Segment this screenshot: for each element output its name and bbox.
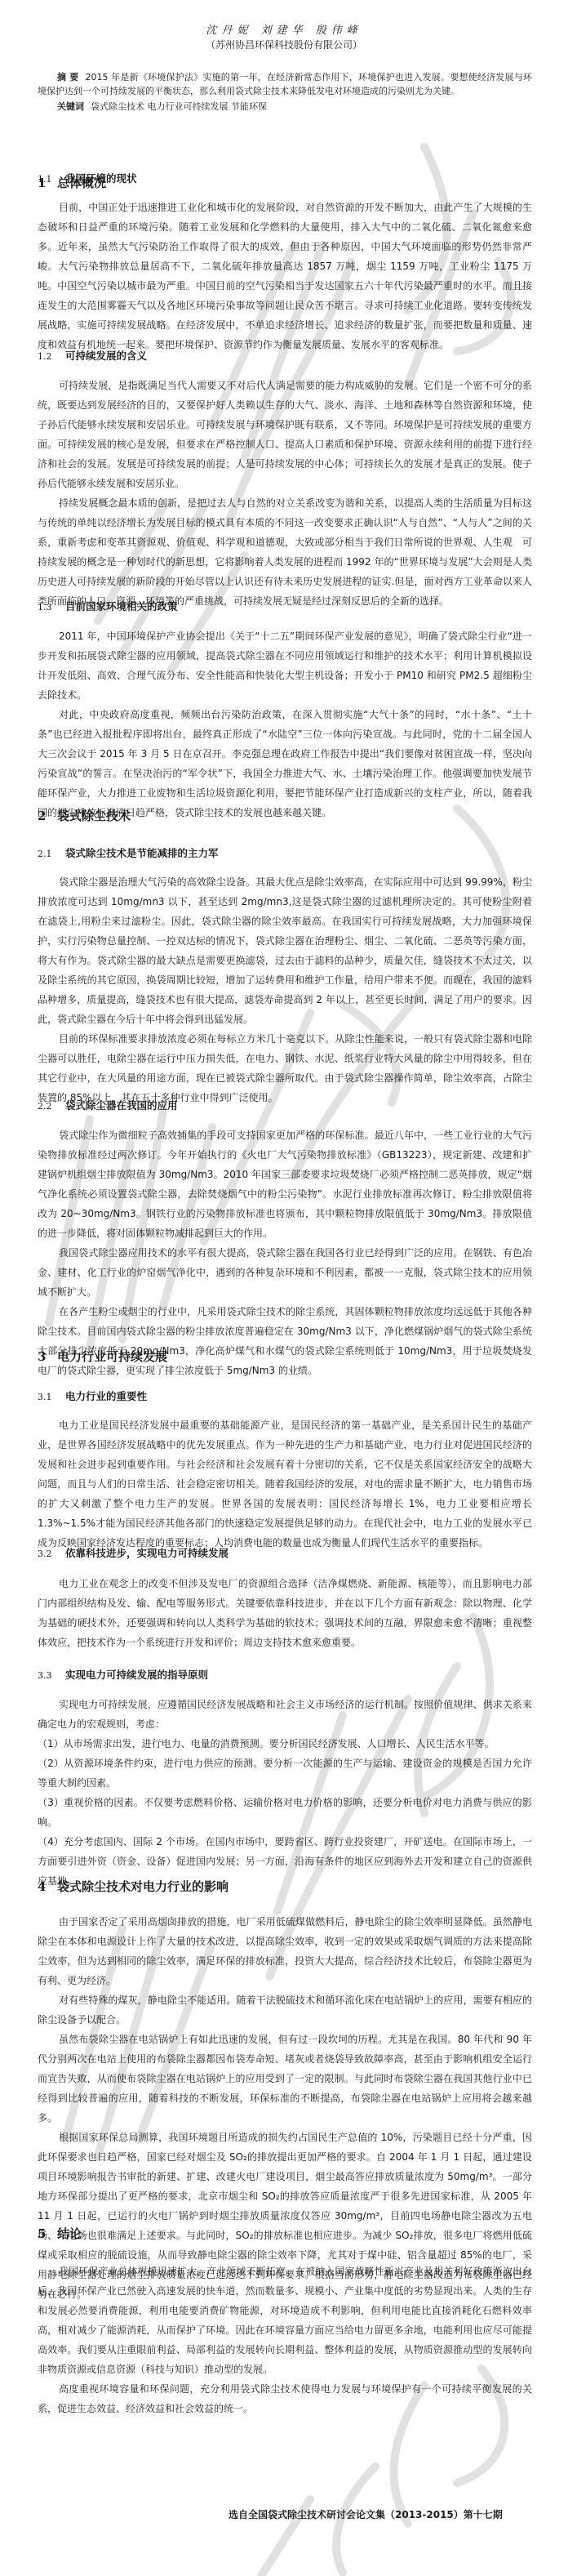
section-title: 袋式除尘技术 — [57, 809, 131, 823]
subsection-title: 电力行业的重要性 — [65, 1390, 147, 1402]
subsection-title: 袋式除尘技术是节能减排的主力军 — [65, 847, 219, 859]
paragraph: 袋式除尘作为微细粒子高效捕集的手段可支持国家更加严格的环保标准。最近八年中，一些… — [38, 1125, 532, 1243]
subsection-title: 袋式除尘器在我国的应用 — [65, 1099, 178, 1112]
subsection-1-3: 1.3目前国家环境相关的政策 — [38, 599, 178, 615]
subsection-number: 3.2 — [38, 1547, 65, 1562]
subsection-2-2: 2.2袋式除尘器在我国的应用 — [38, 1099, 178, 1114]
section-number: 2 — [38, 808, 57, 824]
list-item: （3）重视价格的因素。不仅要考虑燃料价格、运输价格对电力价格的影响，还要分析电价… — [38, 1793, 532, 1832]
abstract: 摘 要2015 年是新《环境保护法》实施的第一年，在经济新常态作用下，环境保护也… — [38, 70, 532, 98]
paragraph: 由于国家否定了采用高烟囱排放的措施，电厂采用低硫煤做燃料后，静电除尘的除尘效率明… — [38, 1912, 532, 1990]
paragraph: 我国环保产业总体规模迅速扩大，产业领域不断拓宽。在被纳入国家战略性新兴产业及相关… — [38, 2262, 532, 2379]
keywords: 关键词袋式除尘技术 电力行业可持续发展 节能环保 — [38, 100, 532, 114]
subsection-number: 2.1 — [38, 847, 65, 862]
subsection-3-3: 3.3实现电力可持续发展的指导原则 — [38, 1668, 208, 1683]
document-page: 沈丹妮 刘建华 殷伟峰 （苏州协昌环保科技股份有限公司） 摘 要2015 年是新… — [0, 0, 568, 2576]
paragraph: 电力工业在观念上的改变不但涉及发电厂的资源组合选择（洁净煤燃烧、新能源、核能等）… — [38, 1574, 532, 1652]
paragraph-block-2-2: 袋式除尘作为微细粒子高效捕集的手段可支持国家更加严格的环保标准。最近八年中，一些… — [38, 1125, 532, 1380]
abstract-text: 2015 年是新《环境保护法》实施的第一年，在经济新常态作用下，环境保护也进入发… — [38, 72, 532, 96]
section-heading-3: 3电力行业可持续发展 — [38, 1348, 167, 1365]
paragraph-block-3-1: 电力工业是国民经济发展中最重要的基础能源产业，是国民经济的第一基础产业，是关系国… — [38, 1415, 532, 1553]
paragraph-block-4: 由于国家否定了采用高烟囱排放的措施，电厂采用低硫煤做燃料后，静电除尘的除尘效率明… — [38, 1912, 532, 2304]
author-affiliation: （苏州协昌环保科技股份有限公司） — [0, 38, 568, 51]
subsection-number: 3.1 — [38, 1390, 65, 1405]
paragraph: 对有些特殊的煤灰，静电除尘不能适用。随着干法脱硫技术和循环流化床在电站锅炉上的应… — [38, 1990, 532, 2030]
paragraph-block-1-1: 目前，中国正处于迅速推进工业化和城市化的发展阶段，对自然资源的开发不断加大，由此… — [38, 198, 532, 354]
subsection-title: 我国环境的现状 — [65, 172, 137, 185]
subsection-title: 实现电力可持续发展的指导原则 — [65, 1669, 208, 1681]
section-number: 3 — [38, 1348, 57, 1365]
subsection-1-2: 1.2可持续发展的含义 — [38, 349, 147, 364]
subsection-number: 1.3 — [38, 600, 65, 615]
subsection-title: 可持续发展的含义 — [65, 350, 147, 362]
paragraph-block-1-3: 2011 年，中国环境保护产业协会提出《关于“十二五”期间环保产业发展的意见》，… — [38, 626, 532, 822]
paragraph-block-3-3: 实现电力可持续发展，应遵循国民经济发展战略和社会主义市场经济的运行机制。按照价值… — [38, 1695, 532, 1891]
section-heading-2: 2袋式除尘技术 — [38, 808, 131, 824]
section-number: 5 — [38, 2226, 57, 2242]
paragraph-block-2-1: 袋式除尘器是治理大气污染的高效除尘设备。其最大优点是除尘效率高，在实际应用中可达… — [38, 872, 532, 1108]
paragraph: 2011 年，中国环境保护产业协会提出《关于“十二五”期间环保产业发展的意见》，… — [38, 626, 532, 705]
keywords-label: 关键词 — [57, 101, 84, 112]
keywords-text: 袋式除尘技术 电力行业可持续发展 节能环保 — [91, 101, 267, 112]
subsection-3-2: 3.2依靠科技进步，实现电力可持续发展 — [38, 1546, 229, 1562]
section-heading-5: 5结论 — [38, 2226, 82, 2242]
section-heading-4: 4袋式除尘技术对电力行业的影响 — [38, 1879, 229, 1895]
paragraph-block-3-2: 电力工业在观念上的改变不但涉及发电厂的资源组合选择（洁净煤燃烧、新能源、核能等）… — [38, 1574, 532, 1652]
paragraph: 持续发展概念最本质的创新，是把过去人与自然的对立关系改变为谐和关系，以提高人类的… — [38, 493, 532, 611]
source-note: 选自全国袋式除尘技术研讨会论文集（2013-2015）第十七期 — [229, 2507, 503, 2521]
section-title: 袋式除尘技术对电力行业的影响 — [57, 1879, 229, 1894]
list-item: （2）从资源环境条件约束，进行电力供应的预测。要分析一次能源的生产与运输、建设资… — [38, 1754, 532, 1793]
paragraph: 目前的环保标准要求排放浓度必须在每标立方米几十毫克以下。从除尘性能来说，一般只有… — [38, 1029, 532, 1108]
list-item: （1）从市场需求出发，进行电力、电量的消费预测。要分析国民经济发展、人口增长、人… — [38, 1734, 532, 1754]
subsection-2-1: 2.1袋式除尘技术是节能减排的主力军 — [38, 846, 219, 862]
paragraph: 高度重视环境容量和环保问题，充分利用袋式除尘技术使得电力发展与环境保护有一个可持… — [38, 2379, 532, 2418]
paragraph: 实现电力可持续发展，应遵循国民经济发展战略和社会主义市场经济的运行机制。按照价值… — [38, 1695, 532, 1734]
paragraph: 我国袋式除尘器应用技术的水平有很大提高，袋式除尘器在我国各行业已经得到广泛的应用… — [38, 1243, 532, 1302]
subsection-1-1: 1.1我国环境的现状 — [38, 172, 137, 187]
author-names: 沈丹妮 刘建华 殷伟峰 — [0, 21, 568, 37]
paragraph: 对此，中央政府高度重视，频频出台污染防治政策，在深入贯彻实施“大气十条”的同时，… — [38, 705, 532, 822]
paragraph: 在各产生粉尘或烟尘的行业中，凡采用袋式除尘技术的除尘系统，其固体颗粒物排放浓度均… — [38, 1302, 532, 1380]
paragraph-block-1-2: 可持续发展，是指既满足当代人需要又不对后代人满足需要的能力构成威胁的发展。它们是… — [38, 376, 532, 611]
subsection-number: 2.2 — [38, 1099, 65, 1114]
paragraph: 袋式除尘器是治理大气污染的高效除尘设备。其最大优点是除尘效率高，在实际应用中可达… — [38, 872, 532, 1029]
subsection-title: 目前国家环境相关的政策 — [65, 600, 178, 613]
paragraph: 电力工业是国民经济发展中最重要的基础能源产业，是国民经济的第一基础产业，是关系国… — [38, 1415, 532, 1553]
paragraph: 虽然布袋除尘器在电站锅炉上有如此迅速的发展，但有过一段坎坷的历程。尤其是在我国。… — [38, 2030, 532, 2128]
subsection-number: 1.1 — [38, 172, 65, 187]
subsection-number: 3.3 — [38, 1669, 65, 1683]
section-title: 电力行业可持续发展 — [57, 1349, 167, 1364]
section-number: 4 — [38, 1879, 57, 1895]
subsection-title: 依靠科技进步，实现电力可持续发展 — [65, 1547, 229, 1559]
abstract-label: 摘 要 — [57, 72, 78, 82]
subsection-number: 1.2 — [38, 350, 65, 364]
subsection-3-1: 3.1电力行业的重要性 — [38, 1389, 147, 1405]
paragraph: 可持续发展，是指既满足当代人需要又不对后代人满足需要的能力构成威胁的发展。它们是… — [38, 376, 532, 493]
section-title: 结论 — [57, 2226, 82, 2241]
paragraph: 目前，中国正处于迅速推进工业化和城市化的发展阶段，对自然资源的开发不断加大，由此… — [38, 198, 532, 354]
paragraph-block-5: 我国环保产业总体规模迅速扩大，产业领域不断拓宽。在被纳入国家战略性新兴产业及相关… — [38, 2262, 532, 2418]
